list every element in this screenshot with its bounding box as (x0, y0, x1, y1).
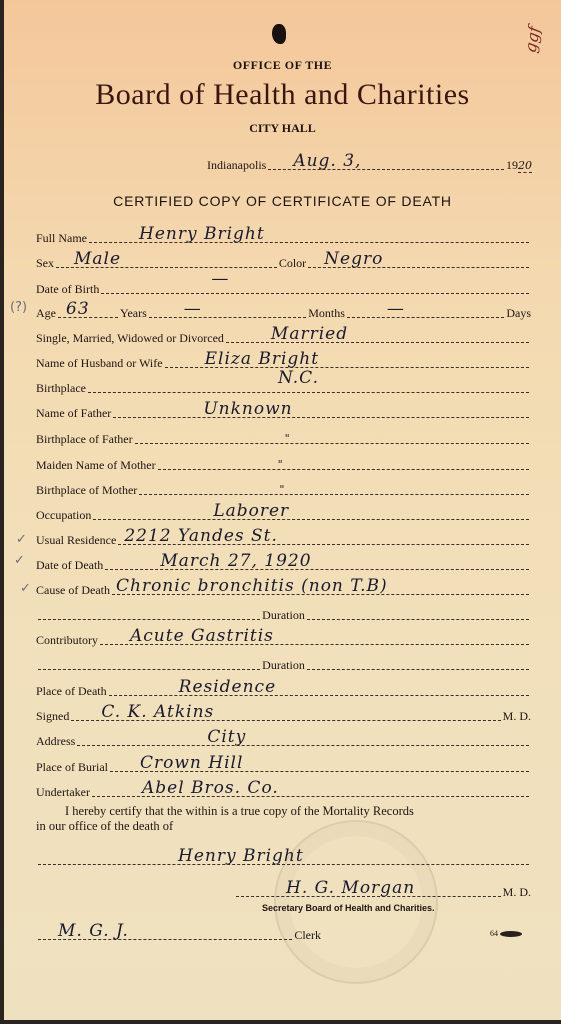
sex-label: Sex (36, 256, 54, 271)
signed-suffix: M. D. (503, 709, 531, 724)
death-certificate: ggf OFFICE OF THE Board of Health and Ch… (4, 0, 561, 1020)
field-place-of-death: Place of Death Residence (36, 681, 531, 699)
father-name-value: Unknown (203, 399, 292, 419)
issue-date-value: Aug. 3, (293, 151, 361, 171)
duration-2-label: Duration (262, 658, 305, 673)
check-mark-death-date: ✓ (14, 553, 25, 568)
field-mother-birthplace: Birthplace of Mother " (36, 480, 531, 498)
cause-of-death-value: Chronic bronchitis (non T.B) (116, 576, 388, 596)
signed-value: C. K. Atkins (101, 702, 214, 722)
certification-statement: I hereby certify that the within is a tr… (36, 804, 531, 834)
full-name-value: Henry Bright (139, 224, 265, 244)
age-value: 63 (66, 299, 90, 319)
secretary-suffix: M. D. (503, 885, 531, 900)
occupation-value: Laborer (213, 501, 289, 521)
date-of-birth-value: — (211, 269, 229, 289)
field-cause-of-death: Cause of Death Chronic bronchitis (non T… (36, 580, 531, 598)
residence-label: Usual Residence (36, 533, 116, 548)
place-of-burial-label: Place of Burial (36, 760, 108, 775)
father-name-label: Name of Father (36, 406, 111, 421)
undertaker-value: Abel Bros. Co. (142, 778, 279, 798)
field-birthplace: Birthplace N.C. (36, 378, 531, 396)
color-label: Color (279, 256, 306, 271)
spouse-label: Name of Husband or Wife (36, 356, 163, 371)
field-marital-status: Single, Married, Widowed or Divorced Mar… (36, 328, 531, 346)
mother-maiden-name-value: " (278, 458, 284, 471)
field-father-name: Name of Father Unknown (36, 403, 531, 421)
office-of-heading: OFFICE OF THE (4, 58, 561, 73)
field-place-of-burial: Place of Burial Crown Hill (36, 757, 531, 775)
board-title: Board of Health and Charities (4, 78, 561, 112)
field-occupation: Occupation Laborer (36, 505, 531, 523)
months-value: — (184, 299, 202, 319)
year-prefix: 19 (506, 158, 518, 173)
corner-annotation: ggf (521, 25, 544, 54)
marital-status-value: Married (271, 324, 348, 344)
father-birthplace-value: " (285, 432, 291, 445)
field-date-of-birth: Date of Birth — (36, 279, 531, 297)
mother-birthplace-label: Birthplace of Mother (36, 483, 137, 498)
years-label: Years (120, 306, 147, 321)
embossed-seal (274, 820, 438, 984)
spouse-value: Eliza Bright (205, 349, 320, 369)
mother-maiden-name-label: Maiden Name of Mother (36, 458, 156, 473)
contributory-value: Acute Gastritis (130, 626, 274, 646)
city-hall-heading: CITY HALL (4, 121, 561, 136)
field-residence: Usual Residence 2212 Yandes St. (36, 530, 531, 548)
days-value: — (387, 299, 405, 319)
document-title: CERTIFIED COPY OF CERTIFICATE OF DEATH (4, 193, 561, 209)
place-of-burial-value: Crown Hill (140, 753, 243, 773)
color-value: Negro (324, 249, 383, 269)
date-of-birth-label: Date of Birth (36, 282, 99, 297)
clerk-label: Clerk (294, 928, 321, 943)
marital-status-label: Single, Married, Widowed or Divorced (36, 331, 224, 346)
clerk-signature: M. G. J. (58, 921, 129, 941)
field-duration-2: Duration (36, 655, 531, 673)
certified-deceased-name: Henry Bright (178, 846, 304, 866)
printer-mark-number: 64 (490, 929, 498, 938)
punch-hole (272, 24, 286, 44)
field-mother-maiden-name: Maiden Name of Mother " (36, 455, 531, 473)
secretary-signature-line: H. G. Morgan M. D. (234, 882, 531, 900)
certification-line-2: in our office of the death of (36, 819, 531, 834)
field-age: Age 63 Years — Months — Days (36, 303, 531, 321)
year-suffix: 20 (518, 159, 532, 173)
clerk-line: M. G. J. Clerk (36, 925, 321, 943)
field-duration-1: Duration (36, 605, 531, 623)
date-of-death-label: Date of Death (36, 558, 103, 573)
cause-of-death-label: Cause of Death (36, 583, 110, 598)
issue-date-line: Indianapolis Aug. 3, 19 20 (207, 158, 532, 173)
mother-birthplace-value: " (279, 483, 285, 496)
full-name-label: Full Name (36, 231, 87, 246)
age-label: Age (36, 306, 56, 321)
field-full-name: Full Name Henry Bright (36, 228, 531, 246)
birthplace-label: Birthplace (36, 381, 86, 396)
field-undertaker: Undertaker Abel Bros. Co. (36, 782, 531, 800)
field-date-of-death: Date of Death March 27, 1920 (36, 555, 531, 573)
field-father-birthplace: Birthplace of Father " (36, 429, 531, 447)
undertaker-label: Undertaker (36, 785, 90, 800)
residence-value: 2212 Yandes St. (124, 526, 278, 546)
father-birthplace-label: Birthplace of Father (36, 432, 133, 447)
certification-line-1: I hereby certify that the within is a tr… (36, 804, 531, 819)
address-label: Address (36, 734, 75, 749)
birthplace-value: N.C. (278, 368, 319, 388)
field-signed: Signed C. K. Atkins M. D. (36, 706, 531, 724)
days-label: Days (506, 306, 531, 321)
secretary-signature: H. G. Morgan (286, 878, 415, 898)
occupation-label: Occupation (36, 508, 91, 523)
place-of-death-label: Place of Death (36, 684, 107, 699)
secretary-title: Secretary Board of Health and Charities. (262, 903, 435, 913)
printer-ornament-icon (500, 931, 522, 937)
duration-1-label: Duration (262, 608, 305, 623)
place-of-death-value: Residence (179, 677, 277, 697)
printer-mark: 64 (490, 929, 522, 938)
field-sex-color: Sex Male Color Negro (36, 253, 531, 271)
months-label: Months (308, 306, 345, 321)
check-mark-cause: ✓ (20, 581, 31, 596)
sex-value: Male (74, 249, 121, 269)
certified-name-line: Henry Bright (36, 850, 531, 868)
check-mark-residence: ✓ (16, 532, 27, 547)
field-address: Address City (36, 731, 531, 749)
city-label: Indianapolis (207, 158, 266, 173)
age-margin-note: (?) (10, 300, 27, 315)
signed-label: Signed (36, 709, 69, 724)
date-of-death-value: March 27, 1920 (160, 551, 311, 571)
address-value: City (207, 727, 246, 747)
contributory-label: Contributory (36, 633, 98, 648)
field-contributory: Contributory Acute Gastritis (36, 630, 531, 648)
